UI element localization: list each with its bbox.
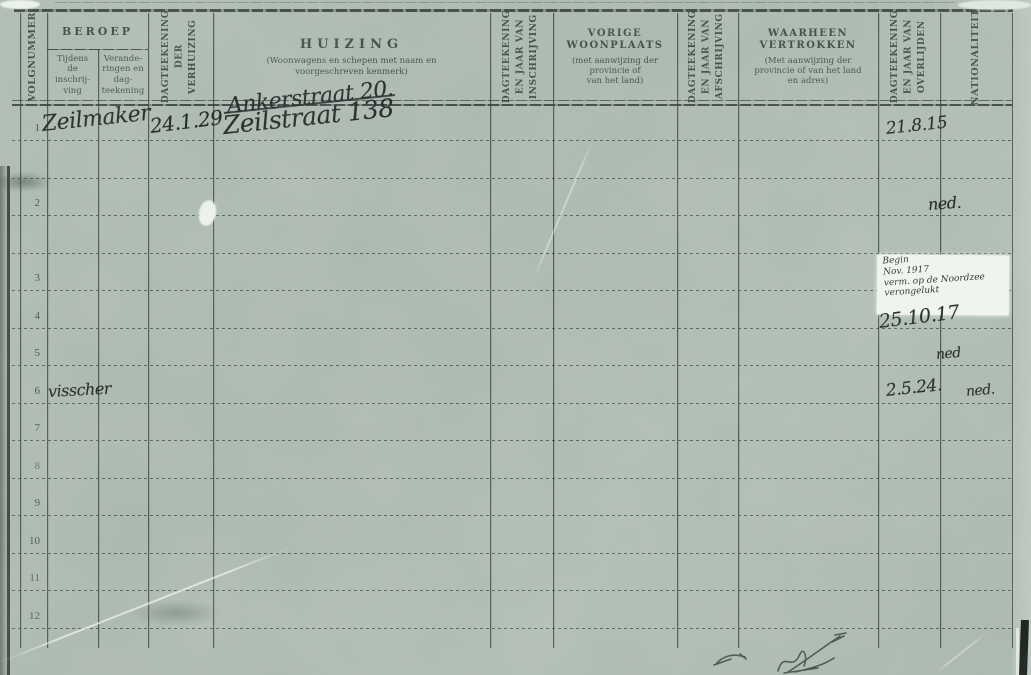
- row-number-11: 11: [14, 572, 40, 584]
- paper-defect-blob: [196, 199, 218, 228]
- row-line: [12, 553, 1012, 554]
- row-line: [12, 628, 1012, 629]
- header-beroep-label: BEROEP: [62, 25, 133, 38]
- row-number-4: 4: [14, 310, 40, 322]
- row-number-8: 8: [14, 460, 40, 472]
- binding-edge-line: [7, 166, 10, 675]
- header-huizing-subtitle: (Woonwagens en schepen met naam en voorg…: [266, 56, 436, 76]
- header-dagteekening-overlijden: DAGTEEKENING EN JAAR VAN OVERLIJDEN: [878, 13, 940, 101]
- row-line: [12, 253, 1012, 254]
- row-number-9: 9: [14, 497, 40, 509]
- row-line: [12, 140, 1012, 141]
- row-number-6: 6: [14, 385, 40, 397]
- entry-row6-overlijden: 2.5.24.: [885, 375, 943, 401]
- row-line: [12, 365, 1012, 366]
- row-number-2: 2: [14, 197, 40, 209]
- entry-row6-nationaliteit: ned.: [965, 382, 995, 400]
- row-line: [12, 215, 1012, 216]
- header-beroep-tijdens-label: Tijdens de inschrij- ving: [55, 54, 90, 97]
- row-number-5: 5: [14, 347, 40, 359]
- header-dagteekening-verhuizing-label: DAGTEEKENING DER VERHUIZING: [160, 10, 201, 103]
- pencil-scribbles: [700, 628, 865, 675]
- header-dagteekening-afschrijving-label: DAGTEEKENING EN JAAR VAN AFSCHRIJVING: [687, 10, 728, 103]
- row-number-10: 10: [14, 535, 40, 547]
- header-vorige-woonplaats-subtitle: (met aanwijzing der provincie of van het…: [572, 56, 658, 87]
- header-waarheen-vertrokken: WAARHEEN VERTROKKEN (Met aanwijzing der …: [738, 13, 878, 101]
- row-line: [12, 178, 1012, 179]
- scratch-line-bottomright: [938, 634, 985, 671]
- pencil-scribble-diagonal: [788, 633, 846, 672]
- row-line: [12, 590, 1012, 591]
- header-vorige-woonplaats: VORIGE WOONPLAATS (met aanwijzing der pr…: [553, 13, 677, 101]
- register-scan-page: VOLGNUMMER BEROEP Tijdens de inschrij- v…: [0, 0, 1031, 675]
- pencil-scribble-base: [784, 658, 834, 673]
- header-nationaliteit: NATIONALITEIT: [940, 13, 1012, 101]
- header-dagteekening-overlijden-label: DAGTEEKENING EN JAAR VAN OVERLIJDEN: [889, 10, 930, 103]
- entry-row6-beroep: visscher: [48, 379, 112, 401]
- header-waarheen-vertrokken-subtitle: (Met aanwijzing der provincie of van het…: [754, 56, 861, 87]
- header-beroep: BEROEP: [47, 13, 148, 49]
- row-line: [12, 290, 1012, 291]
- header-vorige-woonplaats-label: VORIGE WOONPLAATS: [567, 28, 664, 53]
- page-right-edge: [1013, 0, 1031, 675]
- ink-smudge-left: [0, 172, 51, 192]
- header-nationaliteit-label: NATIONALITEIT: [969, 9, 983, 105]
- row-line: [12, 478, 1012, 479]
- header-volgnummer: VOLGNUMMER: [20, 13, 47, 101]
- entry-row1-beroep: Zeilmaker: [41, 101, 152, 137]
- row-line: [12, 440, 1012, 441]
- header-huizing-label: HUIZING: [300, 37, 403, 52]
- header-beroep-veranderingen-label: Verande- ringen en dag- teekening: [102, 54, 145, 97]
- header-bottom-rule: [12, 104, 1012, 106]
- entry-row5-nationaliteit: ned: [935, 345, 961, 363]
- scan-white-corner-topleft: [0, 0, 40, 9]
- entry-row2-nationaliteit: ned.: [927, 193, 961, 214]
- header-dagteekening-verhuizing: DAGTEEKENING DER VERHUIZING: [148, 13, 213, 101]
- row-line: [12, 515, 1012, 516]
- header-dagteekening-inschrijving-label: DAGTEEKENING EN JAAR VAN INSCHRIJVING: [501, 10, 542, 103]
- pencil-scribble-loops: [778, 651, 806, 671]
- header-dagteekening-inschrijving: DAGTEEKENING EN JAAR VAN INSCHRIJVING: [490, 13, 553, 101]
- row-line: [12, 403, 1012, 404]
- row-number-7: 7: [14, 422, 40, 434]
- scratch-line-bottomleft: [0, 547, 291, 663]
- top-rule-faint: [55, 2, 955, 3]
- header-beroep-tijdens: Tijdens de inschrij- ving: [47, 50, 98, 100]
- row-number-12: 12: [14, 610, 40, 622]
- row-number-3: 3: [14, 272, 40, 284]
- entry-row1-overlijden: 21.8.15: [885, 113, 948, 139]
- row-number-1: 1: [14, 122, 40, 134]
- pencil-scribble-small: [714, 654, 746, 665]
- scratch-line-middle: [532, 140, 593, 281]
- header-waarheen-vertrokken-label: WAARHEEN VERTROKKEN: [759, 28, 856, 53]
- row-line: [12, 328, 1012, 329]
- header-volgnummer-label: VOLGNUMMER: [26, 12, 40, 101]
- header-dagteekening-afschrijving: DAGTEEKENING EN JAAR VAN AFSCHRIJVING: [677, 13, 738, 101]
- scan-white-corner-topright: [958, 0, 1031, 10]
- pasted-note-text: Begin Nov. 1917 verm. op de Noordzee ver…: [882, 250, 986, 299]
- header-beroep-veranderingen: Verande- ringen en dag- teekening: [98, 50, 148, 100]
